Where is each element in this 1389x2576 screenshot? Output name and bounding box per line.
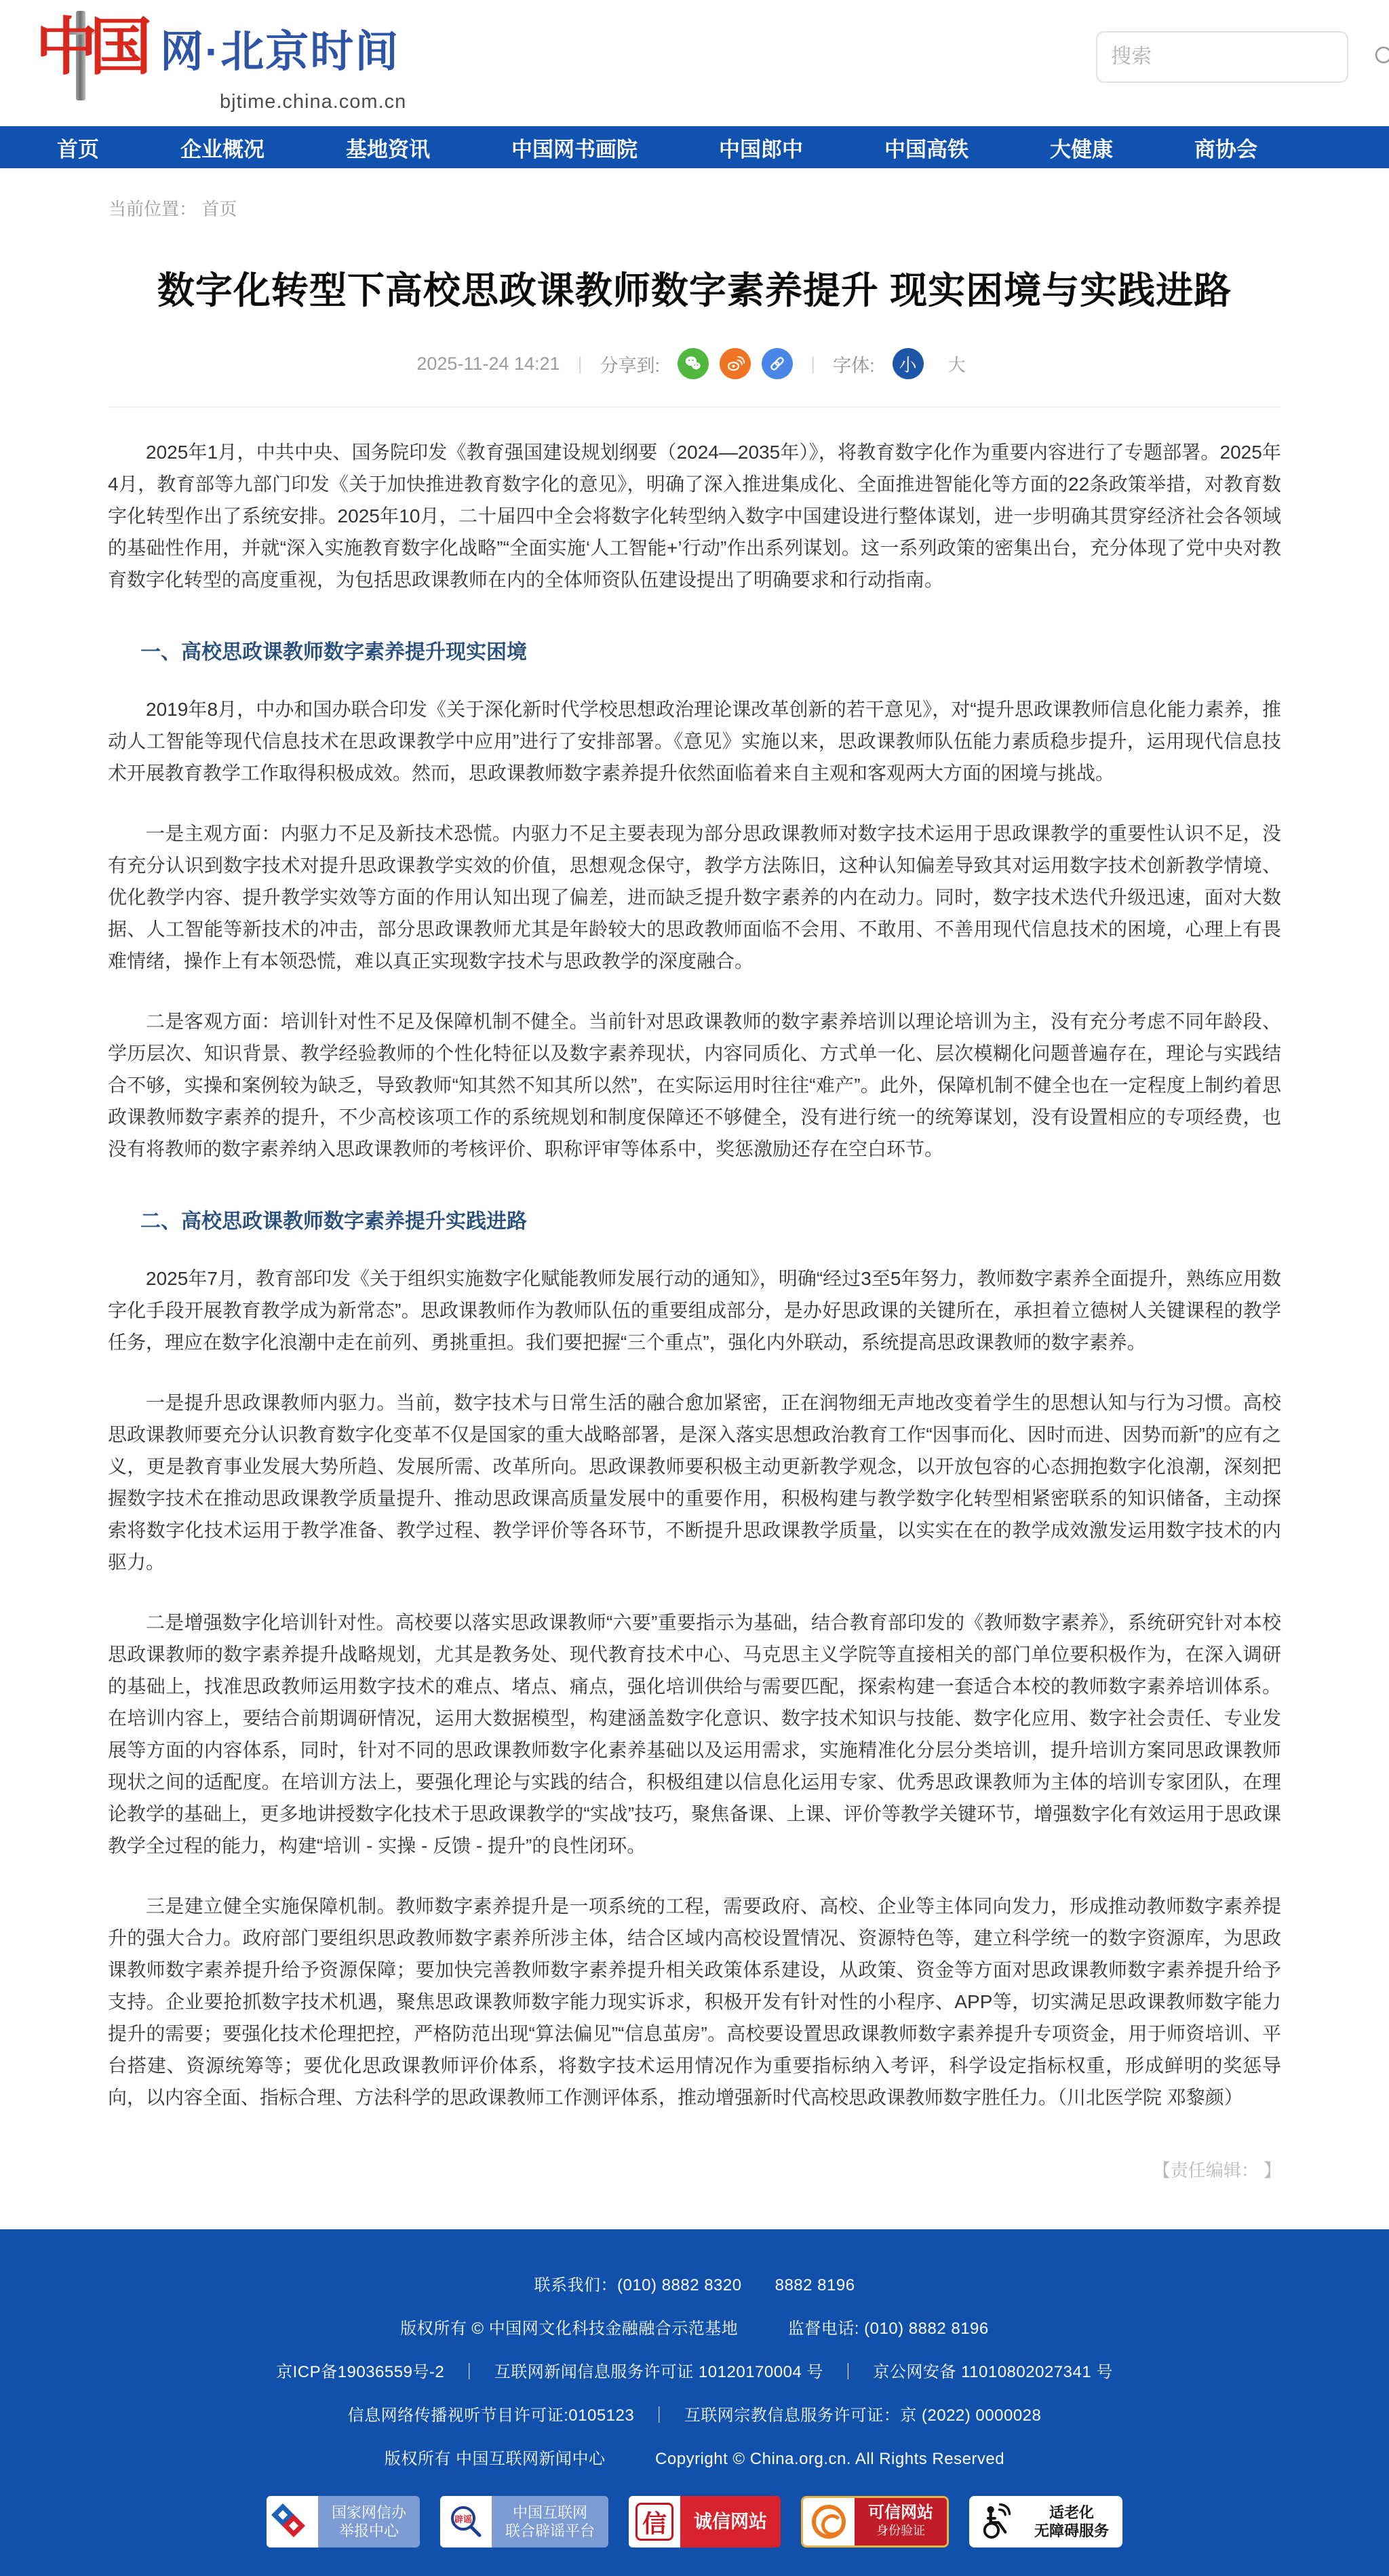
badge-label: 诚信网站 [694, 2513, 767, 2531]
badge-label: 中国互联网 [505, 2503, 595, 2522]
badge-trusted-website[interactable]: 可信网站 身份验证 [801, 2496, 949, 2548]
breadcrumb: 当前位置： 首页 [109, 195, 1389, 220]
badge-label: 适老化 [1034, 2503, 1109, 2522]
search-input[interactable] [1111, 45, 1373, 69]
footer-contact: 联系我们：(010) 8882 8320 8882 8196 [0, 2271, 1389, 2295]
search-icon[interactable] [1373, 44, 1389, 70]
paragraph: 2025年7月，教育部印发《关于组织实施数字化赋能教师发展行动的通知》，明确“经… [108, 1263, 1281, 1358]
nav-item-business-association[interactable]: 商协会 [1194, 132, 1257, 163]
badge-integrity-website[interactable]: 信 诚信网站 [629, 2496, 781, 2548]
share-buttons [678, 348, 793, 379]
meta-separator: | [578, 353, 583, 374]
main-nav: 首页 企业概况 基地资讯 中国网书画院 中国郎中 中国高铁 大健康 商协会 [0, 126, 1389, 168]
share-label: 分享到: [600, 351, 661, 377]
footer-license: 信息网络传播视听节目许可证:0105123 ｜ 互联网宗教信息服务许可证：京 (… [0, 2402, 1389, 2425]
nav-item-high-speed-rail[interactable]: 中国高铁 [884, 132, 969, 163]
wechat-icon [683, 353, 703, 374]
paragraph: 二是增强数字化培训针对性。高校要以落实思政课教师“六要”重要指示为基础，结合教育… [108, 1607, 1281, 1862]
svg-text:辟谣: 辟谣 [454, 2514, 472, 2524]
footer-copyright-cn: 版权所有 中国互联网新闻中心 Copyright © China.org.cn.… [0, 2445, 1389, 2469]
paragraph: 2025年1月，中共中央、国务院印发《教育强国建设规划纲要（2024—2035年… [108, 436, 1281, 596]
badge-rumor-refute-platform[interactable]: 辟谣 中国互联网 联合辟谣平台 [440, 2496, 608, 2548]
badge-label: 联合辟谣平台 [505, 2522, 595, 2540]
page-title: 数字化转型下高校思政课教师数字素养提升 现实困境与实践进路 [108, 265, 1281, 315]
badge-label: 举报中心 [332, 2522, 406, 2540]
site-header: 中国 网·北京时间 bjtime.china.com.cn [0, 0, 1389, 126]
paragraph: 2019年8月，中办和国办联合印发《关于深化新时代学校思想政治理论课改革创新的若… [108, 693, 1281, 789]
nav-item-base-news[interactable]: 基地资讯 [346, 132, 430, 163]
section-heading-1: 一、高校思政课教师数字素养提升现实困境 [108, 635, 1281, 665]
share-wechat-button[interactable] [678, 348, 709, 379]
editor-note: 【责任编辑： 】 [108, 2157, 1281, 2182]
nav-item-art-academy[interactable]: 中国网书画院 [511, 132, 638, 163]
search-box [1096, 31, 1348, 83]
paragraph: 三是建立健全实施保障机制。教师数字素养提升是一项系统的工程，需要政府、高校、企业… [108, 1890, 1281, 2113]
publish-date: 2025-11-24 14:21 [416, 353, 560, 374]
trusted-swirl-icon [803, 2498, 855, 2545]
paragraph: 一是主观方面：内驱力不足及新技术恐慌。内驱力不足主要表现为部分思政课教师对数字技… [108, 818, 1281, 977]
footer-copyright-base: 版权所有 © 中国网文化科技金融融合示范基地 监督电话: (010) 8882 … [0, 2315, 1389, 2339]
link-icon [767, 353, 787, 374]
nav-item-home[interactable]: 首页 [57, 132, 99, 163]
logo-domain: bjtime.china.com.cn [220, 91, 406, 113]
nav-item-langzhong[interactable]: 中国郎中 [719, 132, 803, 163]
meta-divider [108, 406, 1281, 408]
badge-label: 无障碍服务 [1034, 2522, 1109, 2540]
site-logo[interactable]: 中国 网·北京时间 bjtime.china.com.cn [16, 4, 437, 121]
integrity-seal-icon: 信 [629, 2496, 680, 2548]
share-link-button[interactable] [762, 348, 793, 379]
accessibility-icon [969, 2496, 1021, 2548]
breadcrumb-label: 当前位置： [109, 199, 197, 219]
footer-badges: 国家网信办 举报中心 辟谣 中国互联网 联合辟谣平台 信 诚信网 [0, 2496, 1389, 2548]
meta-separator: | [810, 353, 815, 374]
nav-item-company-profile[interactable]: 企业概况 [180, 132, 265, 163]
breadcrumb-home-link[interactable]: 首页 [201, 199, 237, 219]
section-heading-2: 二、高校思政课教师数字素养提升实践进路 [108, 1204, 1281, 1234]
badge-label: 身份验证 [868, 2522, 933, 2540]
font-size-label: 字体: [833, 351, 875, 377]
logo-text-blue: 网·北京时间 [160, 30, 399, 73]
font-large-button[interactable]: 大 [941, 348, 973, 379]
footer-icp: 京ICP备19036559号-2 ｜ 互联网新闻信息服务许可证 10120170… [0, 2358, 1389, 2382]
badge-cac-report-center[interactable]: 国家网信办 举报中心 [267, 2496, 420, 2548]
paragraph: 二是客观方面：培训针对性不足及保障机制不健全。当前针对思政课教师的数字素养培训以… [108, 1005, 1281, 1165]
badge-label: 可信网站 [868, 2503, 933, 2522]
magnifier-refute-icon: 辟谣 [440, 2496, 492, 2548]
logo-text-red: 中国 [35, 16, 144, 79]
paragraph: 一是提升思政课教师内驱力。当前，数字技术与日常生活的融合愈加紧密，正在润物细无声… [108, 1387, 1281, 1578]
badge-label: 国家网信办 [332, 2503, 406, 2522]
nav-item-health[interactable]: 大健康 [1050, 132, 1113, 163]
article-meta: 2025-11-24 14:21 | 分享到: [108, 348, 1281, 379]
share-weibo-button[interactable] [720, 348, 751, 379]
font-small-button[interactable]: 小 [893, 348, 924, 379]
article-body: 2025年1月，中共中央、国务院印发《教育强国建设规划纲要（2024—2035年… [108, 436, 1281, 2113]
article: 数字化转型下高校思政课教师数字素养提升 现实困境与实践进路 2025-11-24… [108, 265, 1281, 2182]
site-footer: 联系我们：(010) 8882 8320 8882 8196 版权所有 © 中国… [0, 2229, 1389, 2576]
cac-diamond-icon [267, 2496, 318, 2548]
weibo-icon [725, 353, 745, 374]
badge-accessibility-service[interactable]: 适老化 无障碍服务 [969, 2496, 1122, 2548]
